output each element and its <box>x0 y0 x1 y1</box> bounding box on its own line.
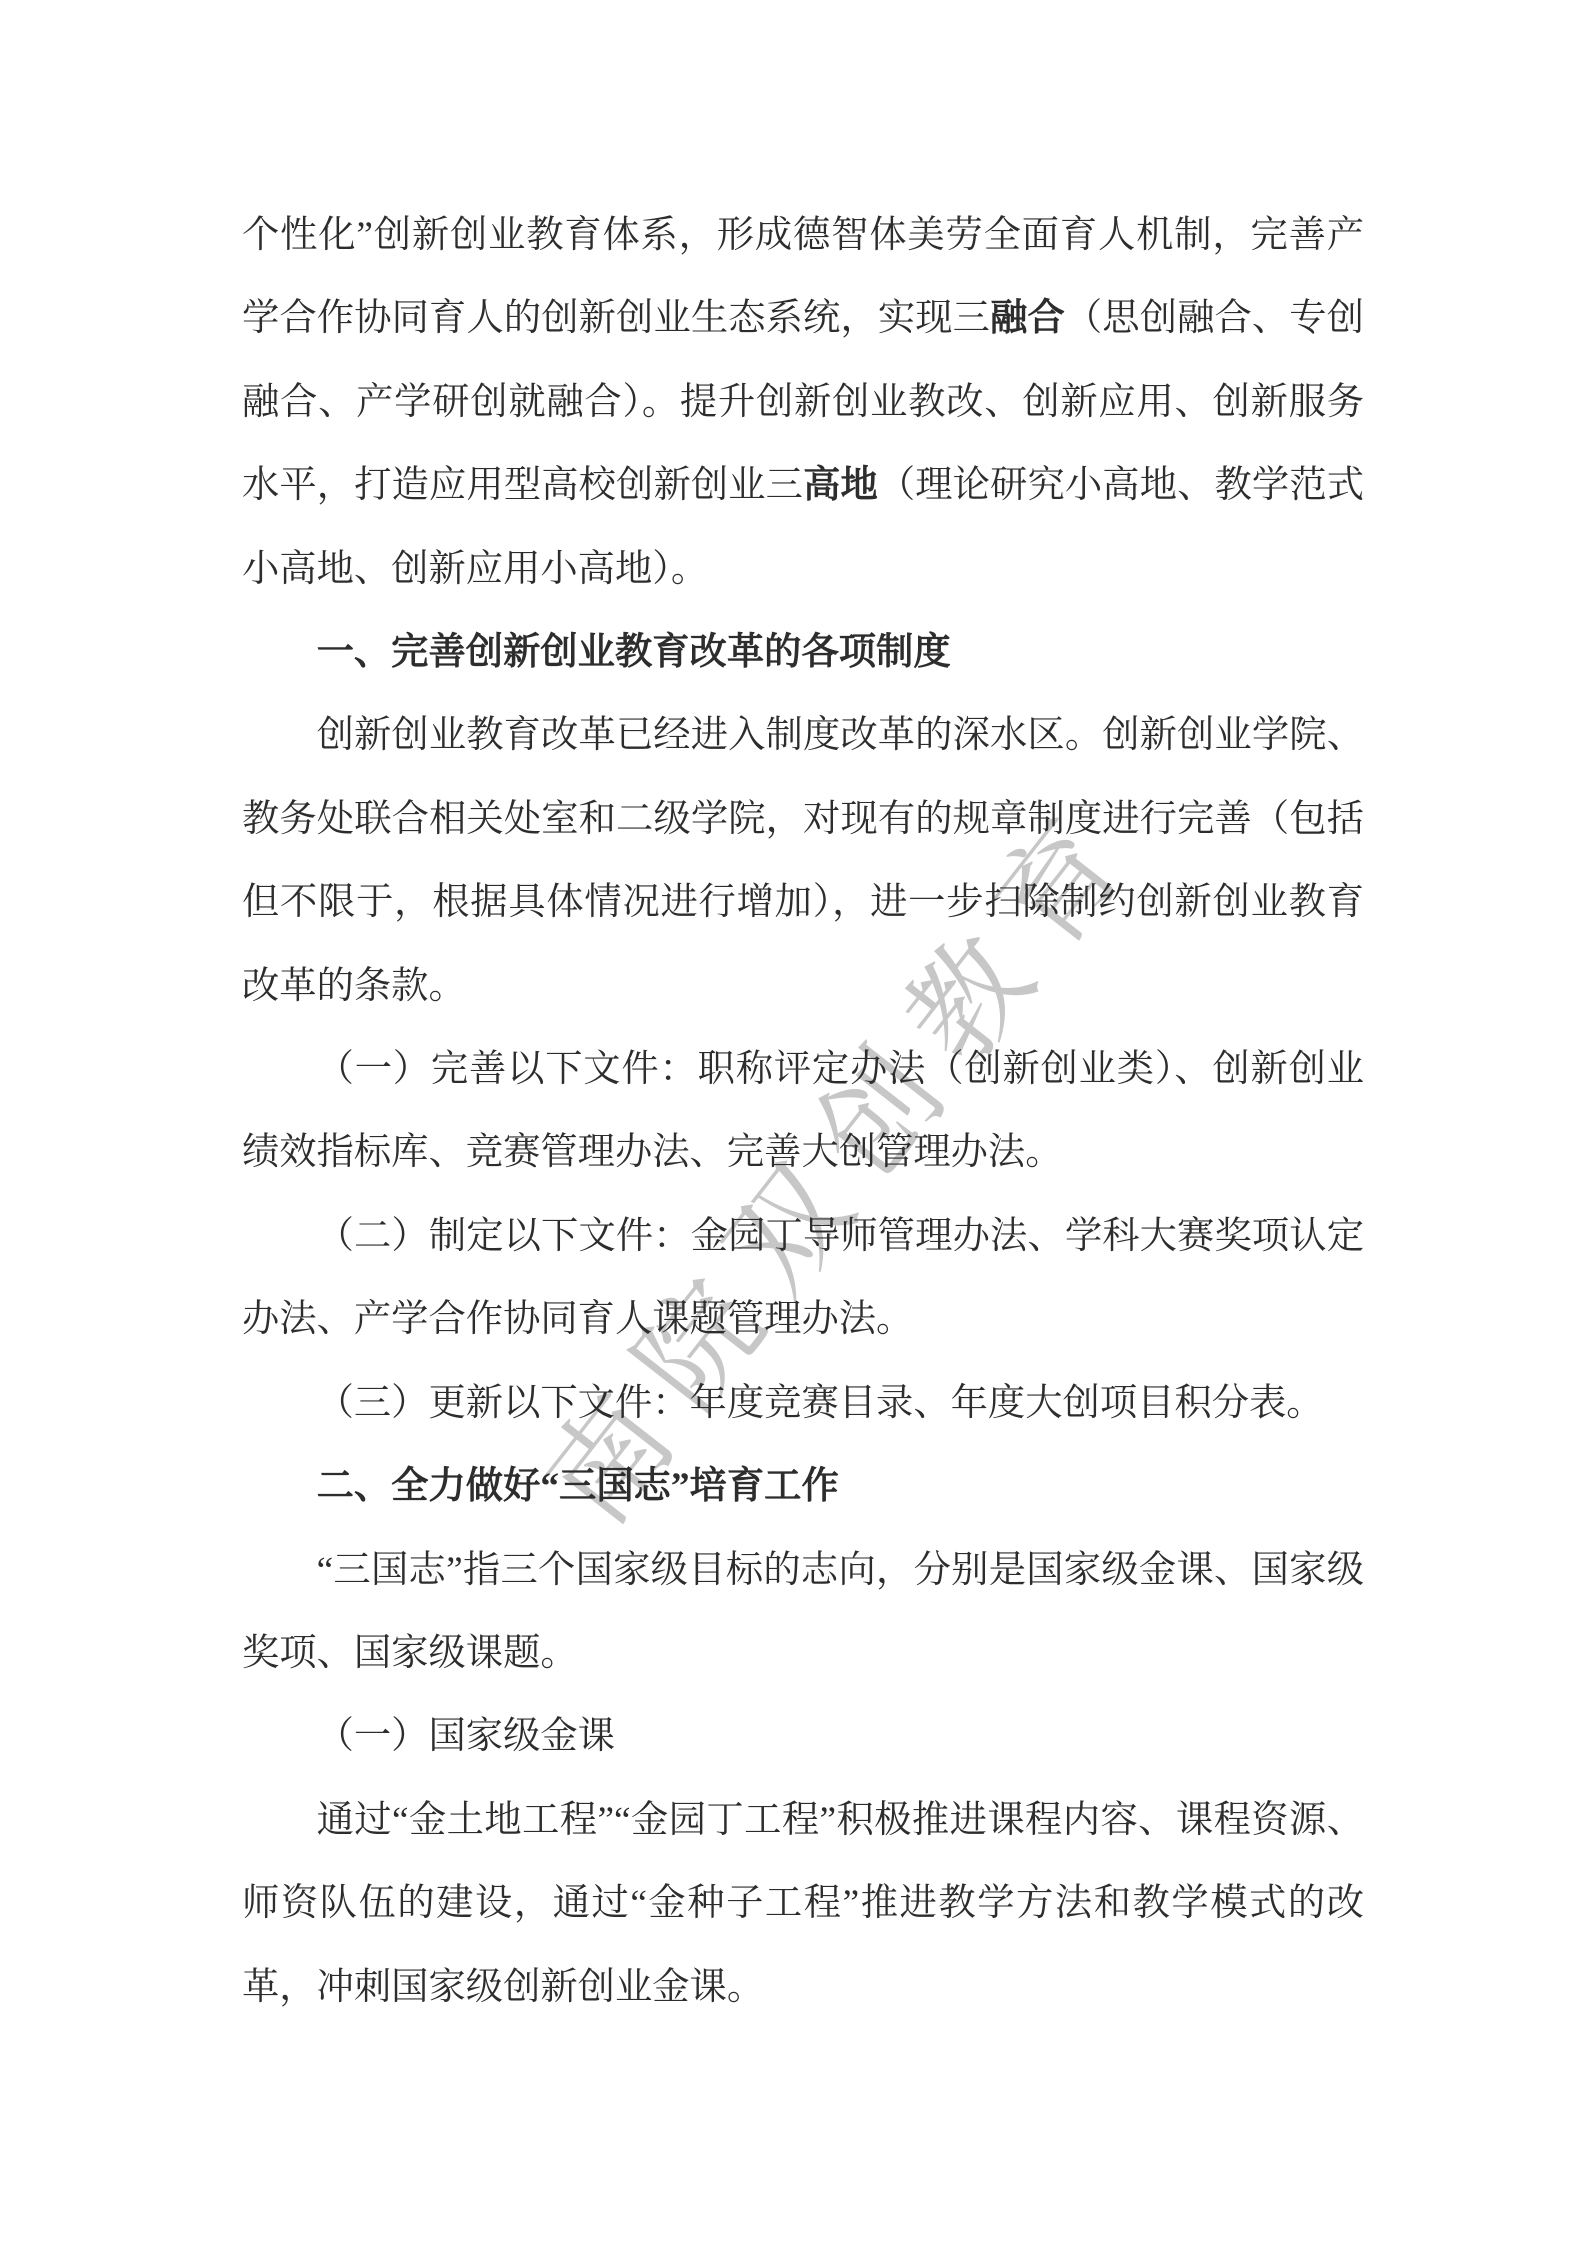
list-item-1-perfect-documents: （一）完善以下文件：职称评定办法（创新创业类）、创新创业绩效指标库、竞赛管理办法… <box>242 1028 1364 1195</box>
text-run: 通过“金土地工程”“金园丁工程”积极推进课程内容、课程资源、师资队伍的建设，通过… <box>242 1800 1364 2008</box>
paragraph-sanguozhi-definition: “三国志”指三个国家级目标的志向，分别是国家级金课、国家级奖项、国家级课题。 <box>242 1529 1364 1696</box>
paragraph-reform-deepwater: 创新创业教育改革已经进入制度改革的深水区。创新创业学院、教务处联合相关处室和二级… <box>242 694 1364 1028</box>
text-run: （三）更新以下文件：年度竞赛目录、年度大创项目积分表。 <box>317 1383 1324 1424</box>
section-heading-2: 二、全力做好“三国志”培育工作 <box>242 1445 1364 1528</box>
document-body: 个性化”创新创业教育体系，形成德智体美劳全面育人机制，完善产学合作协同育人的创新… <box>242 194 1364 2029</box>
paragraph-gold-projects: 通过“金土地工程”“金园丁工程”积极推进课程内容、课程资源、师资队伍的建设，通过… <box>242 1779 1364 2029</box>
bold-text-run: 高地 <box>803 465 878 506</box>
list-item-3-update-documents: （三）更新以下文件：年度竞赛目录、年度大创项目积分表。 <box>242 1362 1364 1445</box>
text-run: （一）国家级金课 <box>317 1716 615 1757</box>
paragraph-continuation: 个性化”创新创业教育体系，形成德智体美劳全面育人机制，完善产学合作协同育人的创新… <box>242 194 1364 611</box>
text-run: 创新创业教育改革已经进入制度改革的深水区。创新创业学院、教务处联合相关处室和二级… <box>242 715 1364 1006</box>
list-item-2-create-documents: （二）制定以下文件：金园丁导师管理办法、学科大赛奖项认定办法、产学合作协同育人课… <box>242 1195 1364 1362</box>
text-run: （二）制定以下文件：金园丁导师管理办法、学科大赛奖项认定办法、产学合作协同育人课… <box>242 1216 1364 1340</box>
bold-text-run: 一、完善创新创业教育改革的各项制度 <box>317 632 951 673</box>
bold-text-run: 融合 <box>990 298 1065 339</box>
subitem-1-national-gold-course: （一）国家级金课 <box>242 1695 1364 1778</box>
text-run: “三国志”指三个国家级目标的志向，分别是国家级金课、国家级奖项、国家级课题。 <box>242 1550 1364 1674</box>
section-heading-1: 一、完善创新创业教育改革的各项制度 <box>242 611 1364 694</box>
text-run: （一）完善以下文件：职称评定办法（创新创业类）、创新创业绩效指标库、竞赛管理办法… <box>242 1049 1364 1173</box>
document-page: 南院双创教育 个性化”创新创业教育体系，形成德智体美劳全面育人机制，完善产学合作… <box>0 0 1586 2244</box>
bold-text-run: 二、全力做好“三国志”培育工作 <box>317 1466 839 1507</box>
